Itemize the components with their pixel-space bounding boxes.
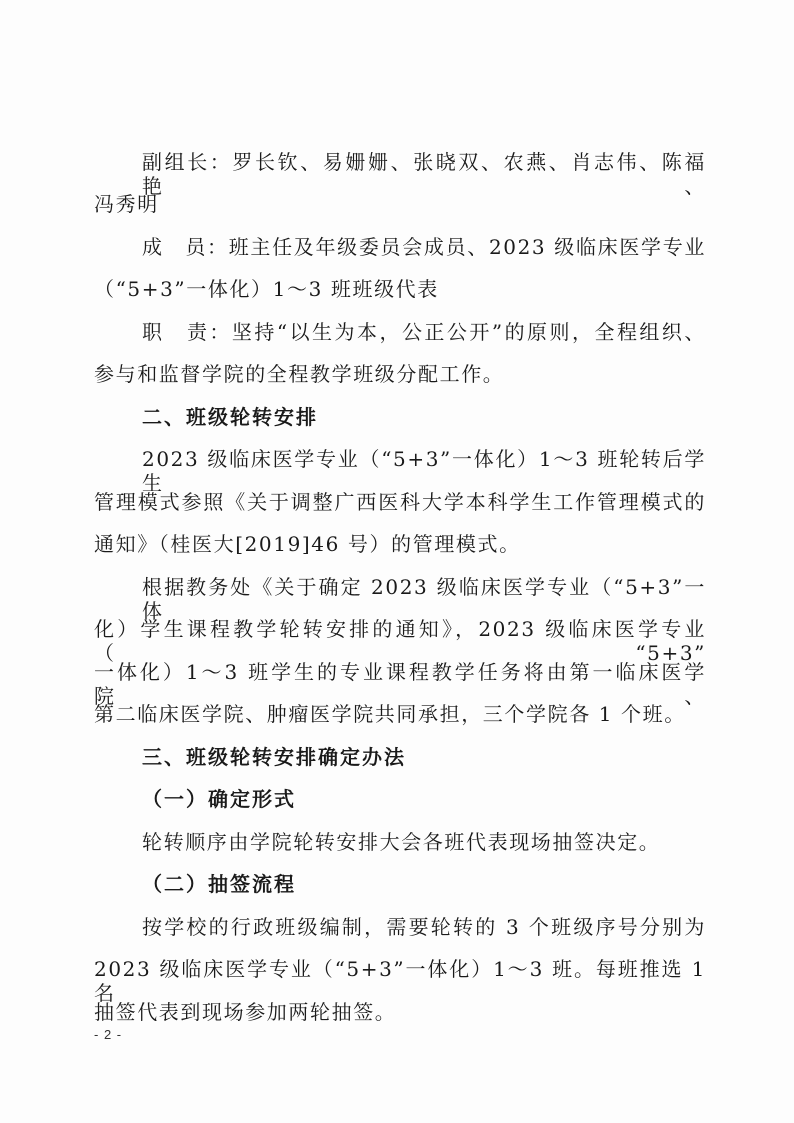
page-number: - 2 - xyxy=(94,1027,122,1042)
subsection-1-heading: （一）确定形式 xyxy=(142,787,706,811)
members-line-2: （“5+3”一体化）1～3 班班级代表 xyxy=(94,277,706,301)
document-page: 副组长：罗长钦、易姗姗、张晓双、农燕、肖志伟、陈福艳、冯秀明成 员：班主任及年级… xyxy=(0,0,794,1123)
section-2-heading: 二、班级轮转安排 xyxy=(142,405,706,429)
duties-line-1: 职 责：坚持“以生为本，公正公开”的原则，全程组织、 xyxy=(142,320,706,344)
para-3-line-2: 2023 级临床医学专业（“5+3”一体化）1～3 班。每班推选 1 名 xyxy=(94,957,706,1005)
section-3-heading: 三、班级轮转安排确定办法 xyxy=(142,745,706,769)
para-1-line-1: 2023 级临床医学专业（“5+3”一体化）1～3 班轮转后学生 xyxy=(142,447,706,495)
subsection-2-heading: （二）抽签流程 xyxy=(142,872,706,896)
members-line-1: 成 员：班主任及年级委员会成员、2023 级临床医学专业 xyxy=(142,235,706,259)
para-1-line-2: 管理模式参照《关于调整广西医科大学本科学生工作管理模式的 xyxy=(94,490,706,514)
duties-line-2: 参与和监督学院的全程教学班级分配工作。 xyxy=(94,362,706,386)
para-1-line-3: 通知》（桂医大[2019]46 号）的管理模式。 xyxy=(94,532,706,556)
para-2-line-2: 化）学生课程教学轮转安排的通知》，2023 级临床医学专业（“5+3” xyxy=(94,617,706,665)
para-2-line-3: 一体化）1～3 班学生的专业课程教学任务将由第一临床医学院、 xyxy=(94,660,706,708)
vice-leaders-line-1: 副组长：罗长钦、易姗姗、张晓双、农燕、肖志伟、陈福艳、 xyxy=(142,150,706,198)
para-3-line-1: 按学校的行政班级编制，需要轮转的 3 个班级序号分别为 xyxy=(142,915,706,939)
para-2-line-1: 根据教务处《关于确定 2023 级临床医学专业（“5+3”一体 xyxy=(142,575,706,623)
vice-leaders-line-2: 冯秀明 xyxy=(94,192,706,216)
subsection-1-body: 轮转顺序由学院轮转安排大会各班代表现场抽签决定。 xyxy=(142,830,706,854)
para-3-line-3: 抽签代表到现场参加两轮抽签。 xyxy=(94,1000,706,1024)
para-2-line-4: 第二临床医学院、肿瘤医学院共同承担，三个学院各 1 个班。 xyxy=(94,702,706,726)
